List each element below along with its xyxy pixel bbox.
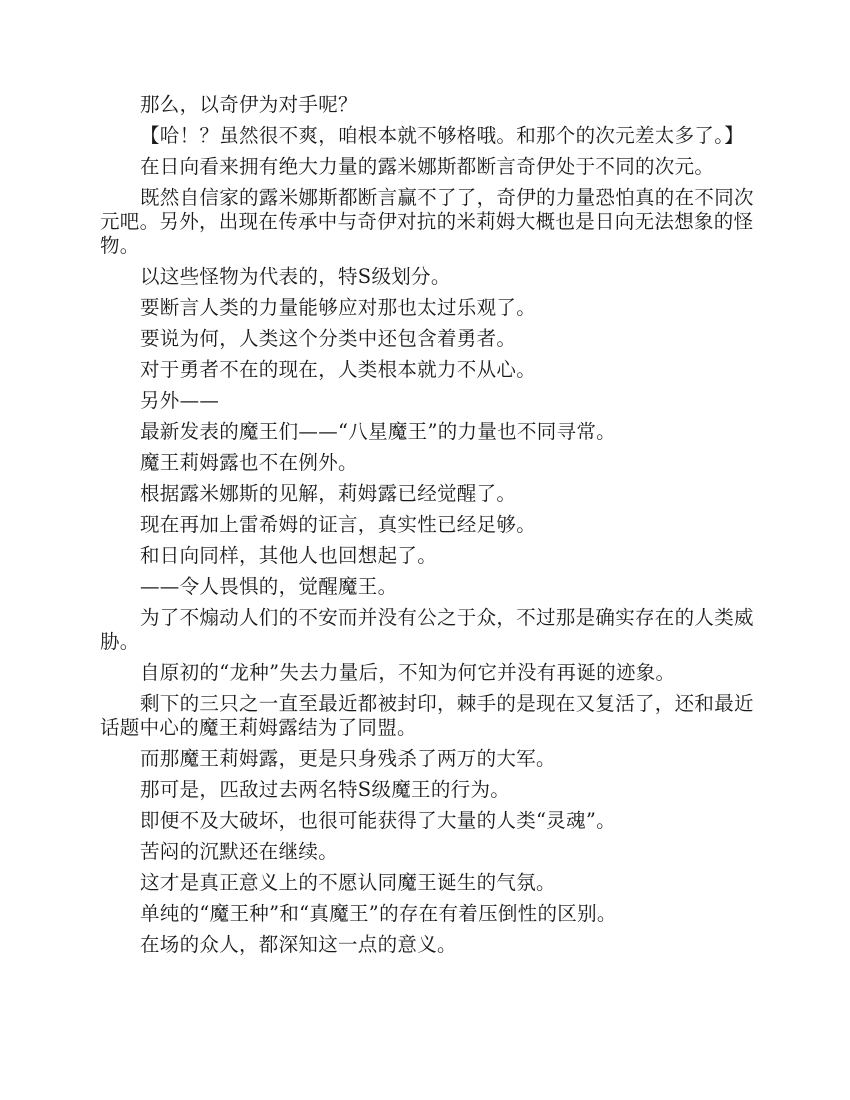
paragraph: ——令人畏惧的，觉醒魔王。 xyxy=(100,575,760,599)
paragraph: 既然自信家的露米娜斯都断言赢不了了，奇伊的力量恐怕真的在不同次元吧。另外，出现在… xyxy=(100,186,760,258)
document-page: 那么，以奇伊为对手呢？ 【哈！？虽然很不爽，咱根本就不够格哦。和那个的次元差太多… xyxy=(100,93,760,964)
paragraph: 在日向看来拥有绝大力量的露米娜斯都断言奇伊处于不同的次元。 xyxy=(100,155,760,179)
paragraph: 那可是，匹敌过去两名特S级魔王的行为。 xyxy=(100,778,760,802)
paragraph: 苦闷的沉默还在继续。 xyxy=(100,840,760,864)
paragraph: 剩下的三只之一直至最近都被封印，棘手的是现在又复活了，还和最近话题中心的魔王莉姆… xyxy=(100,692,760,740)
paragraph: 为了不煽动人们的不安而并没有公之于众，不过那是确实存在的人类威胁。 xyxy=(100,606,760,654)
paragraph: 单纯的“魔王种”和“真魔王”的存在有着压倒性的区别。 xyxy=(100,902,760,926)
paragraph: 而那魔王莉姆露，更是只身残杀了两万的大军。 xyxy=(100,747,760,771)
paragraph: 这才是真正意义上的不愿认同魔王诞生的气氛。 xyxy=(100,871,760,895)
paragraph: 对于勇者不在的现在，人类根本就力不从心。 xyxy=(100,358,760,382)
paragraph: 根据露米娜斯的见解，莉姆露已经觉醒了。 xyxy=(100,482,760,506)
paragraph: 要说为何，人类这个分类中还包含着勇者。 xyxy=(100,327,760,351)
paragraph: 那么，以奇伊为对手呢？ xyxy=(100,93,760,117)
paragraph: 要断言人类的力量能够应对那也太过乐观了。 xyxy=(100,296,760,320)
paragraph: 另外—— xyxy=(100,389,760,413)
paragraph: 最新发表的魔王们——“八星魔王”的力量也不同寻常。 xyxy=(100,420,760,444)
paragraph: 现在再加上雷希姆的证言，真实性已经足够。 xyxy=(100,513,760,537)
paragraph: 魔王莉姆露也不在例外。 xyxy=(100,451,760,475)
paragraph: 在场的众人，都深知这一点的意义。 xyxy=(100,933,760,957)
paragraph: 即便不及大破坏，也很可能获得了大量的人类“灵魂”。 xyxy=(100,809,760,833)
paragraph: 【哈！？虽然很不爽，咱根本就不够格哦。和那个的次元差太多了。】 xyxy=(100,124,760,148)
paragraph: 和日向同样，其他人也回想起了。 xyxy=(100,544,760,568)
paragraph: 自原初的“龙种”失去力量后，不知为何它并没有再诞的迹象。 xyxy=(100,661,760,685)
paragraph: 以这些怪物为代表的，特S级划分。 xyxy=(100,265,760,289)
